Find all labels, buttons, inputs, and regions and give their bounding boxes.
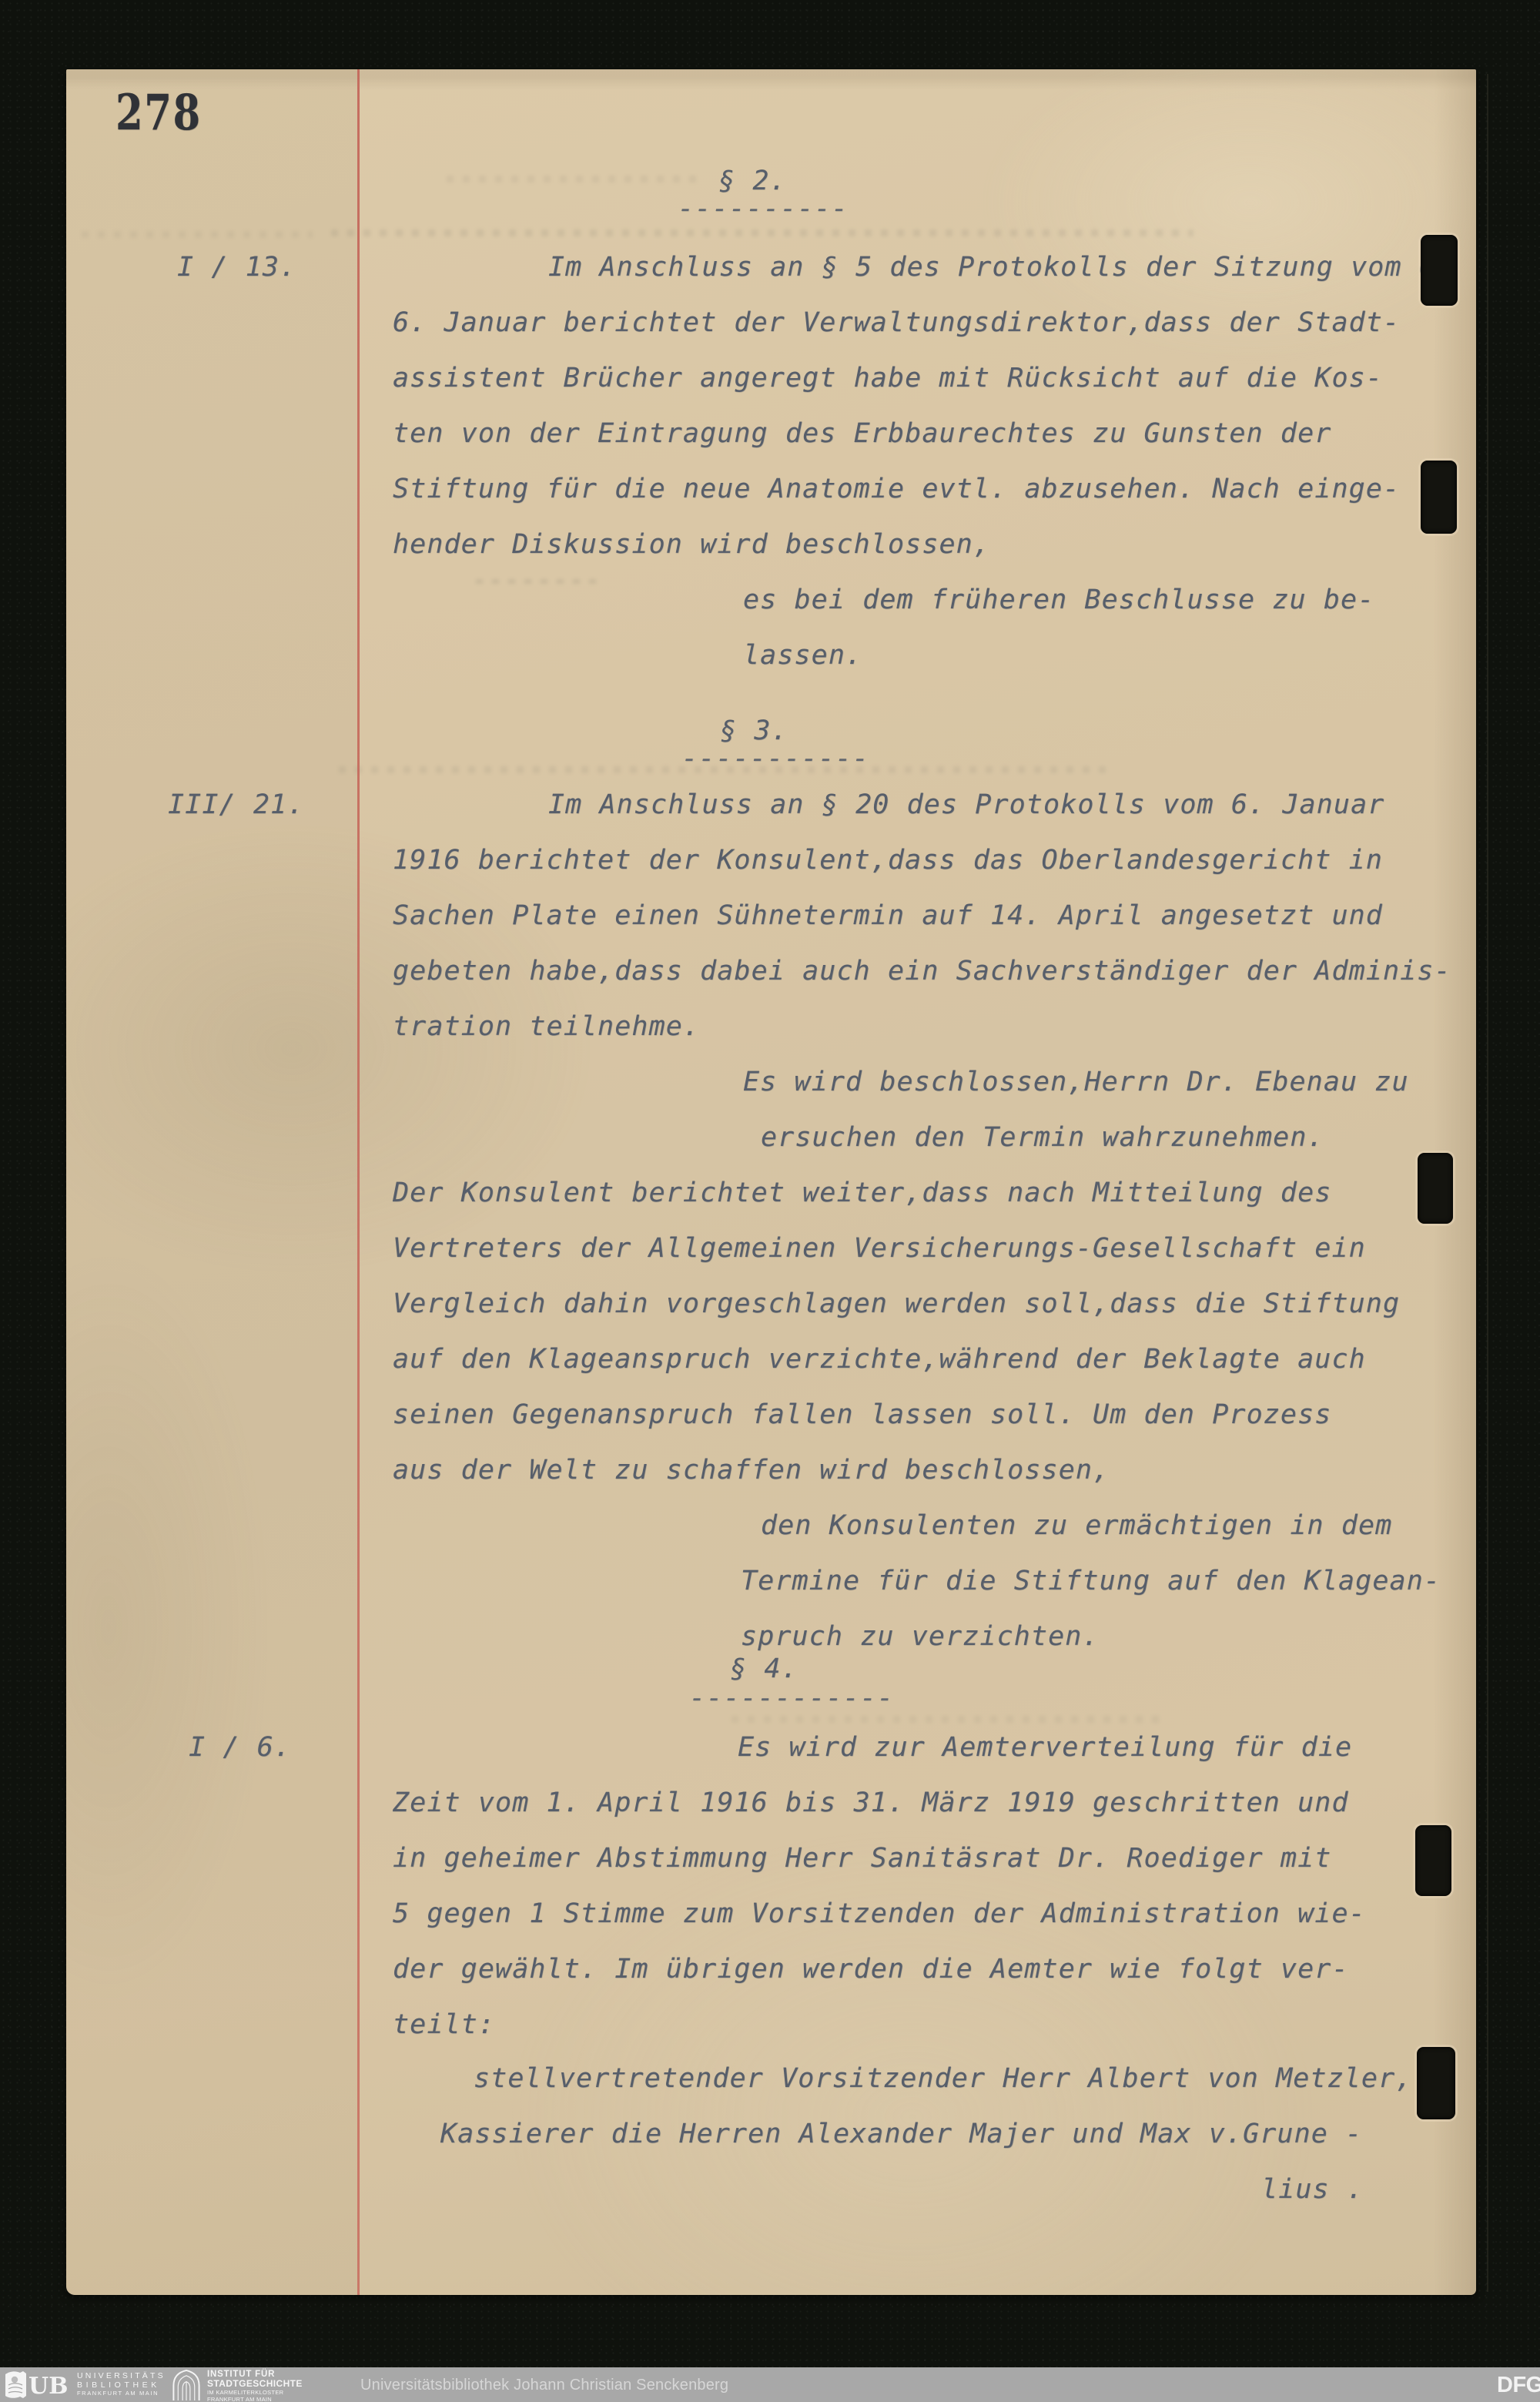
text-line: 6. Januar berichtet der Verwaltungsdirek… (393, 310, 1400, 337)
ub-org-line: BIBLIOTHEK (77, 2380, 166, 2390)
dfg-logo: DFG (1497, 2373, 1540, 2398)
text-line: Im Anschluss an § 5 des Protokolls der S… (548, 254, 1436, 281)
ub-org-line: UNIVERSITÄTS (77, 2371, 166, 2380)
text-line: ten von der Eintragung des Erbbaurechtes… (393, 420, 1331, 447)
text-line: auf den Klageanspruch verzichte,während … (393, 1346, 1366, 1373)
text-line: den Konsulenten zu ermächtigen in dem (761, 1513, 1392, 1539)
section-heading: § 3. (720, 718, 788, 745)
text-line: hender Diskussion wird beschlossen, (393, 531, 990, 558)
text-line: tration teilnehme. (393, 1013, 700, 1040)
text-line: seinen Gegenanspruch fallen lassen soll.… (393, 1402, 1331, 1429)
section-heading: § 2. (718, 168, 787, 195)
punch-hole (1417, 2047, 1455, 2119)
isg-org-line: STADTGESCHICHTE (207, 2379, 303, 2389)
svg-text:UB: UB (28, 2373, 69, 2400)
ink-smudge (731, 1716, 1163, 1723)
ink-smudge (447, 176, 701, 183)
text-line: Termine für die Stiftung auf den Klagean… (741, 1568, 1441, 1595)
ink-smudge (476, 579, 599, 584)
text-line: Stiftung für die neue Anatomie evtl. abz… (393, 476, 1400, 503)
ink-smudge (331, 229, 1193, 236)
punch-hole (1418, 1153, 1453, 1224)
text-line: Vertreters der Allgemeinen Versicherungs… (393, 1235, 1366, 1262)
text-line: Vergleich dahin vorgeschlagen werden sol… (393, 1291, 1400, 1318)
ub-library-name: UNIVERSITÄTS BIBLIOTHEK FRANKFURT AM MAI… (77, 2371, 166, 2397)
text-line: 1916 berichtet der Konsulent,dass das Ob… (393, 847, 1383, 874)
page-stack-edge (1487, 74, 1488, 2292)
margin-note: I / 6. (189, 1734, 291, 1761)
text-line: der gewählt. Im übrigen werden die Aemte… (393, 1956, 1349, 1983)
text-line: Im Anschluss an § 20 des Protokolls vom … (548, 792, 1384, 819)
ink-smudge (82, 231, 313, 238)
text-line: Zeit vom 1. April 1916 bis 31. März 1919… (393, 1790, 1349, 1817)
text-line: es bei dem früheren Beschlusse zu be- (743, 587, 1374, 614)
text-line: lius . (1261, 2176, 1364, 2203)
punch-hole (1421, 235, 1458, 306)
text-line: lassen. (743, 642, 862, 669)
text-line: spruch zu verzichten. (741, 1623, 1100, 1650)
text-line: gebeten habe,dass dabei auch ein Sachver… (393, 958, 1451, 985)
text-line: Kassierer die Herren Alexander Majer und… (440, 2121, 1362, 2148)
text-line: assistent Brücher angeregt habe mit Rück… (393, 365, 1383, 392)
text-line: Der Konsulent berichtet weiter,dass nach… (393, 1180, 1331, 1207)
institut-stadtgeschichte-name: INSTITUT FÜR STADTGESCHICHTE IM KARMELIT… (207, 2370, 303, 2402)
margin-note: I / 13. (177, 254, 296, 281)
punch-hole (1415, 1825, 1451, 1896)
footer-bar: UB UNIVERSITÄTS BIBLIOTHEK FRANKFURT AM … (0, 2367, 1540, 2402)
text-line: ersuchen den Termin wahrzunehmen. (761, 1124, 1324, 1151)
section-underline: ------------ (689, 1685, 894, 1712)
section-underline: ----------- (681, 745, 869, 772)
text-line: 5 gegen 1 Stimme zum Vorsitzenden der Ad… (393, 1901, 1366, 1928)
isg-org-line: FRANKFURT AM MAIN (207, 2396, 303, 2402)
text-line: stellvertretender Vorsitzender Herr Albe… (474, 2065, 1412, 2092)
text-line: Es wird zur Aemterverteilung für die (738, 1734, 1352, 1761)
ub-library-logo-icon: UB (4, 2370, 75, 2400)
text-line: Es wird beschlossen,Herrn Dr. Ebenau zu (743, 1069, 1409, 1096)
text-line: aus der Welt zu schaffen wird beschlosse… (393, 1457, 1110, 1484)
text-line: teilt: (393, 2012, 495, 2039)
library-attribution-text: Universitätsbibliothek Johann Christian … (360, 2377, 728, 2394)
text-line: in geheimer Abstimmung Herr Sanitäsrat D… (393, 1845, 1331, 1872)
text-line: Sachen Plate einen Sühnetermin auf 14. A… (393, 903, 1383, 930)
section-heading: § 4. (730, 1656, 798, 1683)
section-underline: ---------- (678, 196, 849, 223)
karmeliterkloster-arch-icon (170, 2369, 203, 2400)
page-number: 278 (115, 86, 202, 140)
punch-hole (1421, 461, 1457, 534)
isg-org-line: IM KARMELITERKLOSTER (207, 2389, 303, 2396)
margin-note: III/ 21. (168, 792, 304, 819)
ub-org-line: FRANKFURT AM MAIN (77, 2390, 166, 2397)
scan-viewer: 278 § 2.----------I / 13.Im Anschluss an… (0, 0, 1540, 2402)
margin-rule-line (357, 69, 360, 2295)
